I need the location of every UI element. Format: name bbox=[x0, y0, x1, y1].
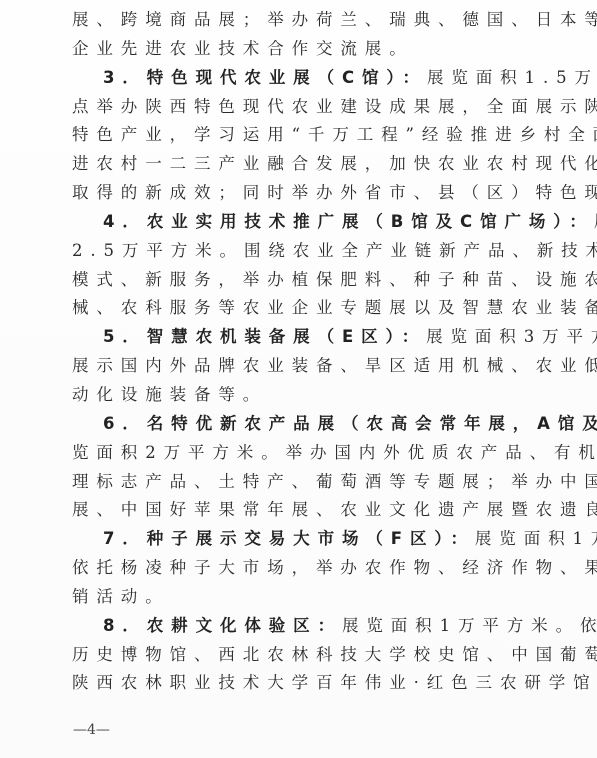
section-heading: 7．种子展示交易大市场（F区）： bbox=[103, 529, 475, 548]
text-line: 特色产业，学习运用“千万工程”经验推进乡村全面振兴，推 bbox=[72, 121, 522, 150]
section-item-3: 3．特色现代农业展（C馆）：展览面积1.5万平方米。重 点举办陕西特色现代农业建… bbox=[72, 64, 522, 208]
section-heading: 6．名特优新农产品展（农高会常年展，A馆及广场）： bbox=[103, 414, 597, 433]
text-line: 展示国内外品牌农业装备、旱区适用机械、农业低空装备、自 bbox=[72, 352, 522, 381]
section-heading-line: 7．种子展示交易大市场（F区）：展览面积1万平方米。 bbox=[72, 525, 522, 554]
text-line: 展、中国好苹果常年展、农业文化遗产展暨农遗良品展。 bbox=[72, 496, 522, 525]
text-line: 依托杨凌种子大市场，举办农作物、经济作物、果蔬、苗木展 bbox=[72, 554, 522, 583]
text-line: 动化设施装备等。 bbox=[72, 381, 522, 410]
text-line: 历史博物馆、西北农林科技大学校史馆、中国葡萄酒博物馆、 bbox=[72, 641, 522, 670]
text-line: 企业先进农业技术合作交流展。 bbox=[72, 35, 522, 64]
section-text: 展览面积1万平方米。依托中国农业 bbox=[342, 616, 597, 635]
text-line: 取得的新成效；同时举办外省市、县（区）特色现代农业展。 bbox=[72, 179, 522, 208]
section-text: 展览面积1万平方米。 bbox=[475, 529, 597, 548]
page-number: —4— bbox=[73, 722, 110, 738]
text-line: 械、农科服务等农业企业专题展以及智慧农业装备展。 bbox=[72, 294, 522, 323]
text-line: 展、跨境商品展；举办荷兰、瑞典、德国、日本等国家和国际 bbox=[72, 6, 522, 35]
text-line: 理标志产品、土特产、葡萄酒等专题展；举办中国供销常年 bbox=[72, 468, 522, 497]
document-page: 展、跨境商品展；举办荷兰、瑞典、德国、日本等国家和国际 企业先进农业技术合作交流… bbox=[0, 0, 597, 758]
section-heading: 8．农耕文化体验区： bbox=[103, 616, 342, 635]
section-heading-line: 5．智慧农机装备展（E区）：展览面积3万平方米。主要 bbox=[72, 323, 522, 352]
section-heading: 4．农业实用技术推广展（B馆及C馆广场）： bbox=[103, 212, 594, 231]
section-item-8: 8．农耕文化体验区：展览面积1万平方米。依托中国农业 历史博物馆、西北农林科技大… bbox=[72, 612, 522, 699]
section-item-5: 5．智慧农机装备展（E区）：展览面积3万平方米。主要 展示国内外品牌农业装备、旱… bbox=[72, 323, 522, 410]
text-line: 进农村一二三产业融合发展，加快农业农村现代化建设等方面 bbox=[72, 150, 522, 179]
section-text: 展览面积3万平方米。主要 bbox=[426, 327, 597, 346]
document-body: 展、跨境商品展；举办荷兰、瑞典、德国、日本等国家和国际 企业先进农业技术合作交流… bbox=[72, 6, 522, 698]
section-item-4: 4．农业实用技术推广展（B馆及C馆广场）：展览面积 2.5万平方米。围绕农业全产… bbox=[72, 208, 522, 323]
section-text: 展览面积1.5万平方米。重 bbox=[427, 68, 597, 87]
section-item-7: 7．种子展示交易大市场（F区）：展览面积1万平方米。 依托杨凌种子大市场，举办农… bbox=[72, 525, 522, 612]
section-heading-line: 6．名特优新农产品展（农高会常年展，A馆及广场）：展 bbox=[72, 410, 522, 439]
section-heading-line: 4．农业实用技术推广展（B馆及C馆广场）：展览面积 bbox=[72, 208, 522, 237]
section-heading: 3．特色现代农业展（C馆）： bbox=[103, 68, 427, 87]
paragraph-continuation: 展、跨境商品展；举办荷兰、瑞典、德国、日本等国家和国际 企业先进农业技术合作交流… bbox=[72, 6, 522, 64]
section-item-6: 6．名特优新农产品展（农高会常年展，A馆及广场）：展 览面积2万平方米。举办国内… bbox=[72, 410, 522, 525]
text-line: 陕西农林职业技术大学百年伟业·红色三农研学馆、杨凌现代 bbox=[72, 669, 522, 698]
text-line: 销活动。 bbox=[72, 583, 522, 612]
section-heading-line: 8．农耕文化体验区：展览面积1万平方米。依托中国农业 bbox=[72, 612, 522, 641]
text-line: 模式、新服务，举办植保肥料、种子种苗、设施农业、植保机 bbox=[72, 266, 522, 295]
text-line: 览面积2万平方米。举办国内外优质农产品、有机农产品、地 bbox=[72, 439, 522, 468]
section-heading: 5．智慧农机装备展（E区）： bbox=[103, 327, 426, 346]
section-heading-line: 3．特色现代农业展（C馆）：展览面积1.5万平方米。重 bbox=[72, 64, 522, 93]
text-line: 2.5万平方米。围绕农业全产业链新产品、新技术、新装备、新 bbox=[72, 237, 522, 266]
text-line: 点举办陕西特色现代农业建设成果展，全面展示陕西大力发展 bbox=[72, 93, 522, 122]
